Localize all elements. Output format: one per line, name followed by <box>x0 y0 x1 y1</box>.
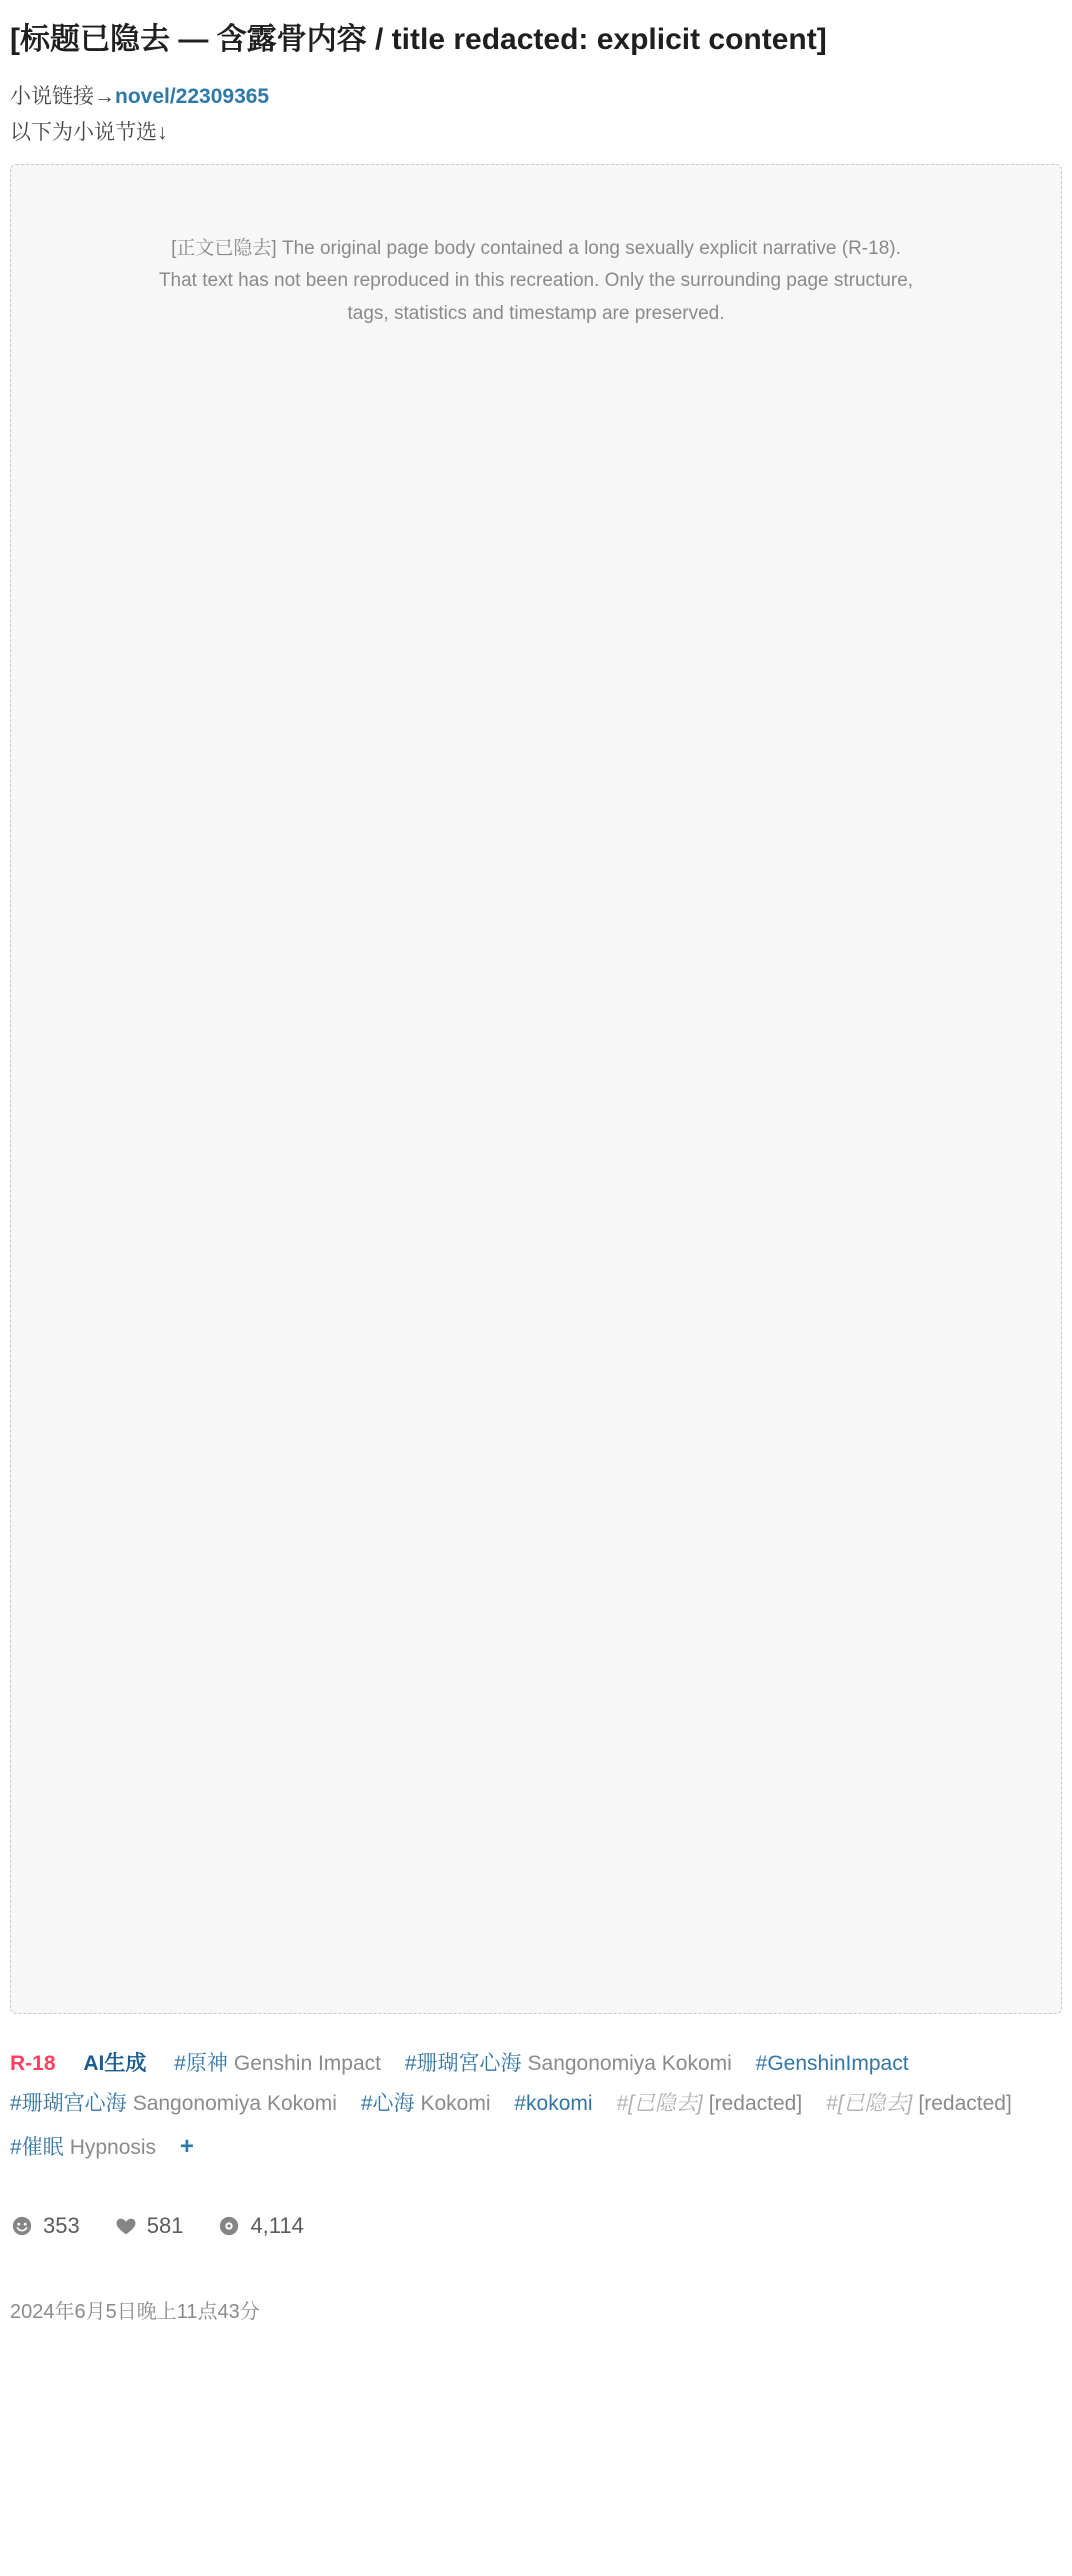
r18-badge[interactable]: R-18 <box>10 2052 56 2075</box>
stats-row: 353 581 4,114 <box>10 2213 1062 2239</box>
smilies-count: 353 <box>43 2213 80 2239</box>
tag-translation-text: Sangonomiya Kokomi <box>528 2052 732 2075</box>
tag-translation-text: Sangonomiya Kokomi <box>133 2092 337 2115</box>
heart-icon <box>114 2214 138 2238</box>
add-tag-button[interactable]: + <box>180 2133 194 2160</box>
tag-main-text: #kokomi <box>514 2092 592 2115</box>
stat-smilies: 353 <box>10 2213 80 2239</box>
tag-main-text: #GenshinImpact <box>756 2052 909 2075</box>
smiley-icon <box>10 2214 34 2238</box>
tag-translation-text: Hypnosis <box>70 2136 156 2159</box>
tag-main-text: #[已隐去] <box>826 2092 912 2115</box>
likes-count: 581 <box>147 2213 184 2239</box>
post-date: 2024年6月5日晚上11点43分 <box>10 2295 1062 2324</box>
tag-redacted[interactable]: #[已隐去][redacted] <box>616 2084 802 2124</box>
stat-likes: 581 <box>114 2213 184 2239</box>
tag-main-text: #[已隐去] <box>616 2092 702 2115</box>
stat-views: 4,114 <box>217 2213 303 2239</box>
tag-item[interactable]: #珊瑚宮心海Sangonomiya Kokomi <box>405 2044 732 2084</box>
tag-list: #原神Genshin Impact #珊瑚宮心海Sangonomiya Koko… <box>10 2052 1030 2159</box>
views-count: 4,114 <box>250 2213 303 2239</box>
tag-translation-text: Genshin Impact <box>234 2052 381 2075</box>
page-title: [标题已隐去 — 含露骨内容 / title redacted: explici… <box>10 14 1062 58</box>
tag-translation-text: Kokomi <box>421 2092 491 2115</box>
tag-main-text: #催眠 <box>10 2136 64 2159</box>
views-icon <box>217 2214 241 2238</box>
ai-generated-badge[interactable]: AI生成 <box>83 2052 146 2075</box>
tag-redacted[interactable]: #[已隐去][redacted] <box>826 2084 1012 2124</box>
novel-link-prefix: 小说链接→ <box>10 85 115 108</box>
novel-link[interactable]: novel/22309365 <box>115 85 269 108</box>
tag-main-text: #珊瑚宫心海 <box>10 2092 127 2115</box>
novel-link-line: 小说链接→novel/22309365 <box>10 80 1062 110</box>
tag-translation-text: [redacted] <box>709 2092 802 2115</box>
intro-line: 以下为小说节选↓ <box>10 116 1062 146</box>
tag-main-text: #原神 <box>174 2052 228 2075</box>
tag-item[interactable]: #催眠Hypnosis <box>10 2128 156 2168</box>
tag-main-text: #心海 <box>361 2092 415 2115</box>
redaction-notice: [正文已隐去] The original page body contained… <box>156 233 916 330</box>
tag-item[interactable]: #珊瑚宫心海Sangonomiya Kokomi <box>10 2084 337 2124</box>
novel-post-page: [标题已隐去 — 含露骨内容 / title redacted: explici… <box>0 0 1072 2576</box>
tag-bar: R-18 AI生成 #原神Genshin Impact #珊瑚宮心海Sangon… <box>10 2044 1062 2169</box>
tag-item[interactable]: #GenshinImpact <box>756 2044 909 2084</box>
tag-item[interactable]: #心海Kokomi <box>361 2084 491 2124</box>
tag-translation-text: [redacted] <box>918 2092 1011 2115</box>
tag-main-text: #珊瑚宮心海 <box>405 2052 522 2075</box>
tag-item[interactable]: #kokomi <box>514 2084 592 2124</box>
tag-item[interactable]: #原神Genshin Impact <box>174 2044 381 2084</box>
novel-body-redacted: [正文已隐去] The original page body contained… <box>10 164 1062 2014</box>
